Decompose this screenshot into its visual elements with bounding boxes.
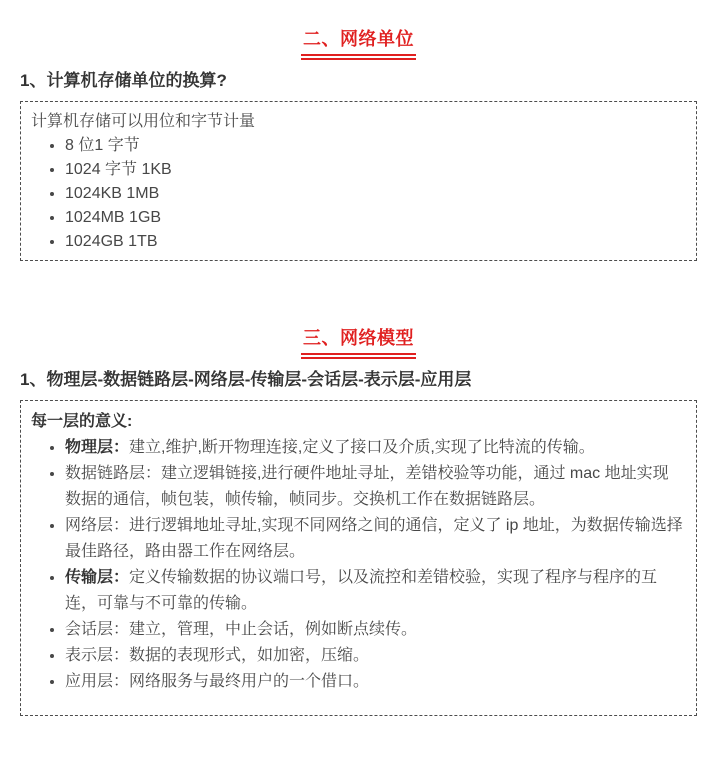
layer-description: 进行逻辑地址寻址,实现不同网络之间的通信，定义了 ip 地址，为数据传输选择最佳… [65,517,683,560]
layer-list-item: 会话层：建立，管理，中止会话，例如断点续传。 [65,617,684,643]
layer-list-item: 表示层：数据的表现形式，如加密，压缩。 [65,643,684,669]
layer-list-item: 网络层：进行逻辑地址寻址,实现不同网络之间的通信，定义了 ip 地址，为数据传输… [65,513,684,565]
storage-units-intro: 计算机存储可以用位和字节计量 [31,110,684,134]
layer-description: 定义传输数据的协议端口号，以及流控和差错校验，实现了程序与程序的互连，可靠与不可… [65,569,657,612]
layer-term: 网络层： [65,517,129,534]
question-heading-storage-conversion: 1、计算机存储单位的换算? [20,70,697,92]
layer-description: 网络服务与最终用户的一个借口。 [129,673,369,690]
layer-list-item: 数据链路层：建立逻辑链接,进行硬件地址寻址，差错校验等功能，通过 mac 地址实… [65,461,684,513]
article-page: 二、网络单位 1、计算机存储单位的换算? 计算机存储可以用位和字节计量 8 位1… [0,0,719,716]
layer-description: 建立,维护,断开物理连接,定义了接口及介质,实现了比特流的传输。 [129,439,595,456]
layer-list-item: 传输层：定义传输数据的协议端口号，以及流控和差错校验，实现了程序与程序的互连，可… [65,565,684,617]
layer-term: 表示层： [65,647,129,664]
storage-units-list: 8 位1 字节1024 字节 1KB1024KB 1MB1024MB 1GB10… [31,134,684,254]
list-item: 1024KB 1MB [65,182,684,206]
list-item: 1024 字节 1KB [65,158,684,182]
layer-description: 数据的表现形式，如加密，压缩。 [129,647,369,664]
layer-term: 物理层： [65,439,129,456]
layer-term: 应用层： [65,673,129,690]
layer-description: 建立，管理，中止会话，例如断点续传。 [129,621,417,638]
section-heading-text: 二、网络单位 [301,27,416,60]
list-item: 8 位1 字节 [65,134,684,158]
section-network-units: 二、网络单位 1、计算机存储单位的换算? 计算机存储可以用位和字节计量 8 位1… [20,24,697,261]
layer-meaning-box: 每一层的意义: 物理层：建立,维护,断开物理连接,定义了接口及介质,实现了比特流… [20,400,697,716]
layer-meaning-intro: 每一层的意义: [31,409,684,435]
layer-term: 数据链路层： [65,465,161,482]
layer-list-item: 应用层：网络服务与最终用户的一个借口。 [65,669,684,695]
section-heading-text: 三、网络模型 [301,326,416,359]
list-item: 1024GB 1TB [65,230,684,254]
layer-term: 传输层： [65,569,129,586]
layer-list-item: 物理层：建立,维护,断开物理连接,定义了接口及介质,实现了比特流的传输。 [65,435,684,461]
list-item: 1024MB 1GB [65,206,684,230]
section-heading-network-units: 二、网络单位 [20,24,697,60]
section-heading-network-model: 三、网络模型 [20,323,697,359]
question-heading-osi-layers: 1、物理层-数据链路层-网络层-传输层-会话层-表示层-应用层 [20,369,697,391]
storage-units-box: 计算机存储可以用位和字节计量 8 位1 字节1024 字节 1KB1024KB … [20,101,697,261]
layer-term: 会话层： [65,621,129,638]
section-network-model: 三、网络模型 1、物理层-数据链路层-网络层-传输层-会话层-表示层-应用层 每… [20,323,697,716]
layer-meaning-list: 物理层：建立,维护,断开物理连接,定义了接口及介质,实现了比特流的传输。数据链路… [31,435,684,695]
